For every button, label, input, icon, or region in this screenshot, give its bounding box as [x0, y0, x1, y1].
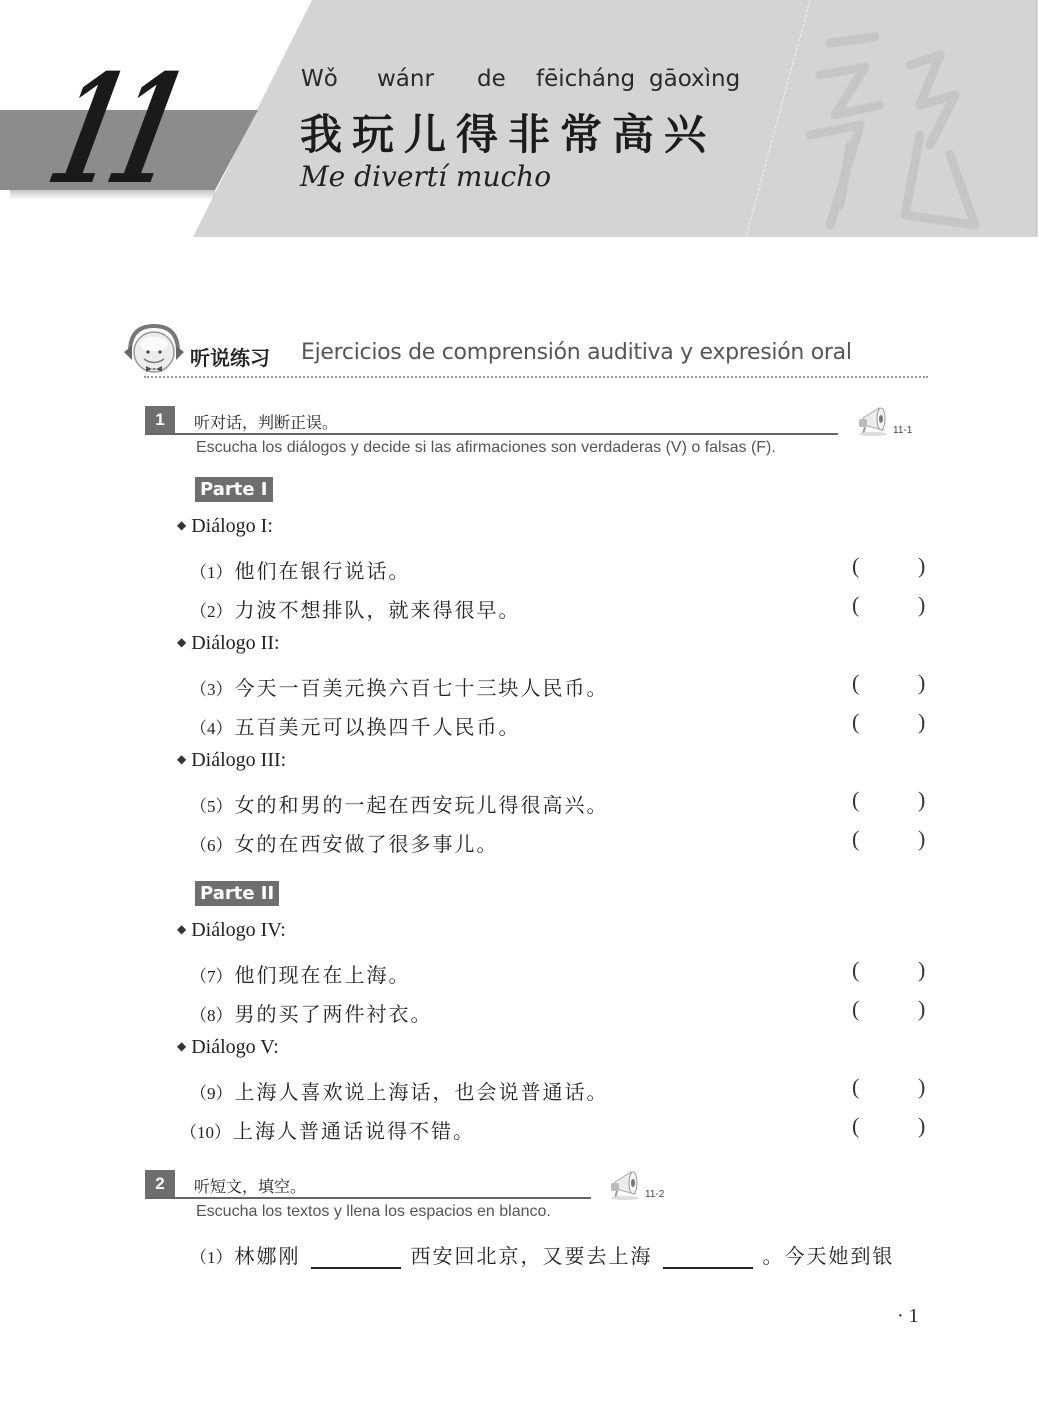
- answer-blank-open[interactable]: (: [852, 592, 859, 618]
- sentence-segment: 林娜刚: [235, 1244, 301, 1268]
- chapter-title-chinese: 我玩儿得非常高兴: [300, 102, 716, 162]
- item-statement: 男的买了两件衬衣。: [235, 1002, 433, 1026]
- dialog-label-text: Diálogo I:: [191, 515, 273, 537]
- true-false-item: （7）他们现在在上海。 ( ): [0, 959, 1039, 989]
- answer-blank-close[interactable]: ): [918, 826, 925, 852]
- answer-blank-open[interactable]: (: [852, 1074, 859, 1100]
- page-number-value: 1: [909, 1305, 919, 1327]
- dialog-label: ◆Diálogo IV:: [177, 919, 286, 942]
- item-number: （6）: [190, 836, 233, 855]
- dialog-label-text: Diálogo III:: [191, 749, 286, 771]
- exercise-number-badge: 2: [145, 1170, 175, 1198]
- answer-blank-open[interactable]: (: [852, 996, 859, 1022]
- item-statement: 他们现在在上海。: [235, 963, 411, 987]
- answer-blank-open[interactable]: (: [852, 1113, 859, 1139]
- diamond-bullet-icon: ◆: [177, 922, 186, 936]
- part-label: Parte II: [195, 881, 279, 906]
- item-number: （8）: [190, 1006, 233, 1025]
- calligraphy-watermark-icon: [790, 25, 990, 235]
- item-statement: 今天一百美元换六百七十三块人民币。: [235, 676, 609, 700]
- chapter-banner: 11 Wǒ wánr de fēicháng gāoxìng 我玩儿得非常高兴 …: [0, 0, 1039, 240]
- dialog-label-text: Diálogo IV:: [191, 919, 286, 941]
- item-statement: 他们在银行说话。: [235, 559, 411, 583]
- dotted-divider: [144, 376, 928, 378]
- answer-blank-open[interactable]: (: [852, 957, 859, 983]
- pinyin-syllable: fēicháng: [536, 66, 635, 92]
- dialog-label: ◆Diálogo V:: [177, 1036, 279, 1059]
- dialog-label-text: Diálogo II:: [191, 632, 279, 654]
- audio-track-11-2[interactable]: 11-2: [609, 1168, 664, 1200]
- answer-blank-close[interactable]: ): [918, 996, 925, 1022]
- answer-blank-open[interactable]: (: [852, 826, 859, 852]
- sentence-segment: 西安回北京，又要去上海: [411, 1244, 653, 1268]
- item-number: （4）: [190, 719, 233, 738]
- answer-blank-close[interactable]: ): [918, 1074, 925, 1100]
- item-number: （2）: [190, 602, 233, 621]
- answer-blank-open[interactable]: (: [852, 709, 859, 735]
- answer-blank-open[interactable]: (: [852, 787, 859, 813]
- answer-blank-close[interactable]: ): [918, 787, 925, 813]
- page-number: · 1: [897, 1305, 919, 1328]
- item-number: （1）: [190, 1248, 233, 1267]
- true-false-item: （10）上海人普通话说得不错。 ( ): [0, 1115, 1039, 1145]
- exercise-instruction-spanish: Escucha los diálogos y decide si las afi…: [196, 439, 776, 457]
- megaphone-icon: [609, 1168, 643, 1200]
- diamond-bullet-icon: ◆: [177, 635, 186, 649]
- audio-track-11-1[interactable]: 11-1: [857, 404, 912, 436]
- item-number: （9）: [190, 1084, 233, 1103]
- item-statement: 女的和男的一起在西安玩儿得很高兴。: [235, 793, 609, 817]
- true-false-item: （8）男的买了两件衬衣。 ( ): [0, 998, 1039, 1028]
- section-title-chinese: 听说练习: [190, 342, 270, 371]
- item-number: （5）: [190, 797, 233, 816]
- answer-blank-close[interactable]: ): [918, 592, 925, 618]
- true-false-item: （6）女的在西安做了很多事儿。 ( ): [0, 828, 1039, 858]
- audio-track-code: 11-2: [645, 1189, 664, 1200]
- headphones-mascot-icon: [120, 322, 188, 378]
- diamond-bullet-icon: ◆: [177, 1039, 186, 1053]
- pinyin-syllable: wánr: [377, 66, 434, 92]
- fill-blank-item: （1）林娜刚西安回北京，又要去上海。今天她到银: [0, 1240, 1039, 1272]
- page-dot: ·: [897, 1305, 904, 1327]
- audio-track-code: 11-1: [893, 425, 912, 436]
- exercise-title-chinese: 听短文，填空。: [194, 1174, 306, 1197]
- answer-blank-open[interactable]: (: [852, 670, 859, 696]
- item-statement: 上海人普通话说得不错。: [233, 1119, 475, 1143]
- item-statement: 五百美元可以换四千人民币。: [235, 715, 521, 739]
- true-false-item: （3）今天一百美元换六百七十三块人民币。 ( ): [0, 672, 1039, 702]
- pinyin-syllable: Wǒ: [301, 66, 338, 92]
- section-header: 听说练习 Ejercicios de comprensión auditiva …: [118, 318, 930, 380]
- fill-blank-2[interactable]: [663, 1249, 753, 1269]
- answer-blank-close[interactable]: ): [918, 553, 925, 579]
- true-false-item: （5）女的和男的一起在西安玩儿得很高兴。 ( ): [0, 789, 1039, 819]
- answer-blank-close[interactable]: ): [918, 709, 925, 735]
- chapter-title-spanish: Me divertí mucho: [300, 160, 551, 193]
- dialog-label: ◆Diálogo I:: [177, 515, 273, 538]
- true-false-item: （2）力波不想排队，就来得很早。 ( ): [0, 594, 1039, 624]
- pinyin-syllable: gāoxìng: [649, 66, 740, 92]
- item-statement: 上海人喜欢说上海话，也会说普通话。: [235, 1080, 609, 1104]
- answer-blank-open[interactable]: (: [852, 553, 859, 579]
- item-number: （10）: [180, 1123, 231, 1142]
- answer-blank-close[interactable]: ): [918, 957, 925, 983]
- sentence-segment: 。今天她到银: [763, 1244, 895, 1268]
- exercise-instruction-spanish: Escucha los textos y llena los espacios …: [196, 1203, 551, 1221]
- item-statement: 女的在西安做了很多事儿。: [235, 832, 499, 856]
- fill-blank-1[interactable]: [311, 1249, 401, 1269]
- true-false-item: （9）上海人喜欢说上海话，也会说普通话。 ( ): [0, 1076, 1039, 1106]
- exercise-underline: [145, 1197, 591, 1199]
- pinyin-syllable: de: [477, 66, 506, 92]
- exercise-title-chinese: 听对话，判断正误。: [194, 410, 338, 433]
- item-statement: 力波不想排队，就来得很早。: [235, 598, 521, 622]
- item-number: （1）: [190, 563, 233, 582]
- exercise-number-badge: 1: [145, 406, 175, 434]
- dialog-label-text: Diálogo V:: [191, 1036, 279, 1058]
- diamond-bullet-icon: ◆: [177, 752, 186, 766]
- answer-blank-close[interactable]: ): [918, 1113, 925, 1139]
- item-number: （7）: [190, 967, 233, 986]
- true-false-item: （1）他们在银行说话。 ( ): [0, 555, 1039, 585]
- part-label: Parte I: [195, 477, 273, 502]
- megaphone-icon: [857, 404, 891, 436]
- item-number: （3）: [190, 680, 233, 699]
- answer-blank-close[interactable]: ): [918, 670, 925, 696]
- diamond-bullet-icon: ◆: [177, 518, 186, 532]
- exercise-underline: [145, 433, 838, 435]
- section-title-spanish: Ejercicios de comprensión auditiva y exp…: [301, 340, 852, 365]
- dialog-label: ◆Diálogo II:: [177, 632, 280, 655]
- true-false-item: （4）五百美元可以换四千人民币。 ( ): [0, 711, 1039, 741]
- dialog-label: ◆Diálogo III:: [177, 749, 286, 772]
